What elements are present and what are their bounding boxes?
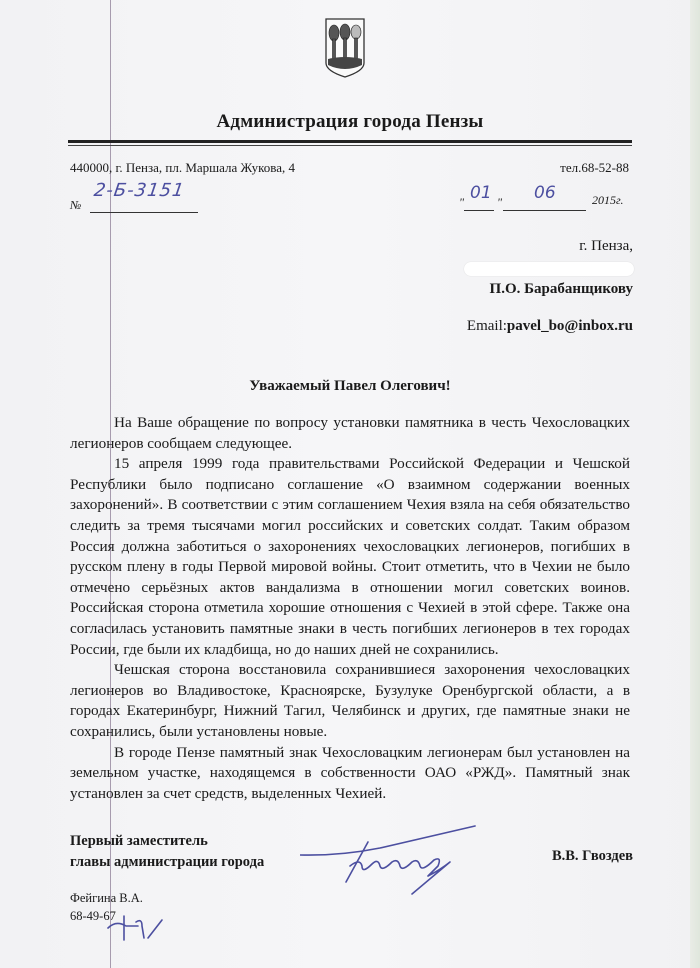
signatory-name: В.В. Гвоздев xyxy=(552,848,633,865)
letter-page: Администрация города Пензы 440000, г. Пе… xyxy=(0,0,700,968)
date-day-underline xyxy=(464,210,494,211)
handwritten-initials-icon xyxy=(106,912,166,942)
page-edge xyxy=(690,0,700,968)
registration-number-label: № xyxy=(70,198,81,213)
paragraph: В городе Пензе памятный знак Чехословацк… xyxy=(70,743,630,805)
date-open-quote: " xyxy=(459,195,464,210)
date-close-quote: " xyxy=(497,195,502,210)
header-rule-thin xyxy=(68,145,632,146)
date-year: 2015г. xyxy=(592,193,624,208)
handwritten-signature-icon xyxy=(300,822,530,902)
header-rule-thick xyxy=(68,140,632,143)
paragraph: Чешская сторона восстановила сохранившие… xyxy=(70,660,630,742)
signatory-title-line1: Первый заместитель xyxy=(70,831,264,852)
recipient-name: П.О. Барабанщикову xyxy=(490,281,633,298)
date-day: 01 xyxy=(470,183,492,203)
letter-body: На Ваше обращение по вопросу установки п… xyxy=(70,413,630,804)
signatory-title: Первый заместитель главы администрации г… xyxy=(70,831,264,873)
paragraph: На Ваше обращение по вопросу установки п… xyxy=(70,413,630,454)
organization-title: Администрация города Пензы xyxy=(0,111,700,133)
recipient-email: pavel_bo@inbox.ru xyxy=(507,318,633,334)
date-month-underline xyxy=(503,210,586,211)
signatory-title-line2: главы администрации города xyxy=(70,852,264,873)
executor-name: Фейгина В.А. xyxy=(70,889,143,907)
penza-coat-of-arms-icon xyxy=(324,17,366,79)
recipient-email-line: Email:pavel_bo@inbox.ru xyxy=(467,318,633,335)
salutation: Уважаемый Павел Олегович! xyxy=(0,378,700,395)
email-label: Email: xyxy=(467,318,507,334)
redacted-address xyxy=(464,262,634,276)
registration-number-underline xyxy=(90,212,198,213)
organization-address: 440000, г. Пенза, пл. Маршала Жукова, 4 xyxy=(70,160,295,176)
organization-phone: тел.68-52-88 xyxy=(560,160,629,176)
recipient-city: г. Пенза, xyxy=(579,238,633,255)
paragraph: 15 апреля 1999 года правительствами Росс… xyxy=(70,454,630,660)
date-month: 06 xyxy=(534,183,556,203)
registration-number-value: 2-Б-3151 xyxy=(93,180,187,201)
